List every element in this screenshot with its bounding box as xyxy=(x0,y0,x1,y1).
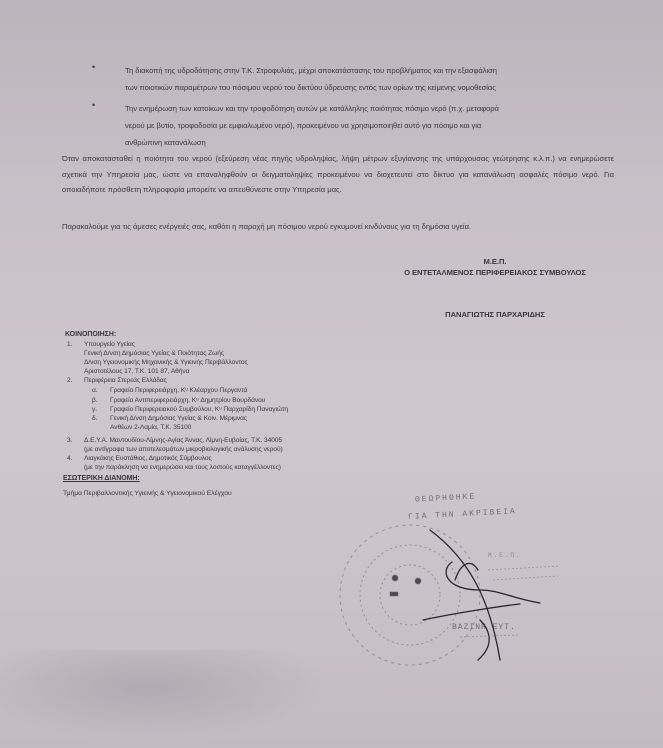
signature-icon xyxy=(423,530,540,660)
seal-and-signature xyxy=(0,0,663,748)
faint-stamp-lines xyxy=(460,566,560,637)
document-page: • Τη διακοπή της υδροδότησης στην Τ.Κ. Σ… xyxy=(0,0,663,748)
round-seal-icon xyxy=(340,525,480,665)
